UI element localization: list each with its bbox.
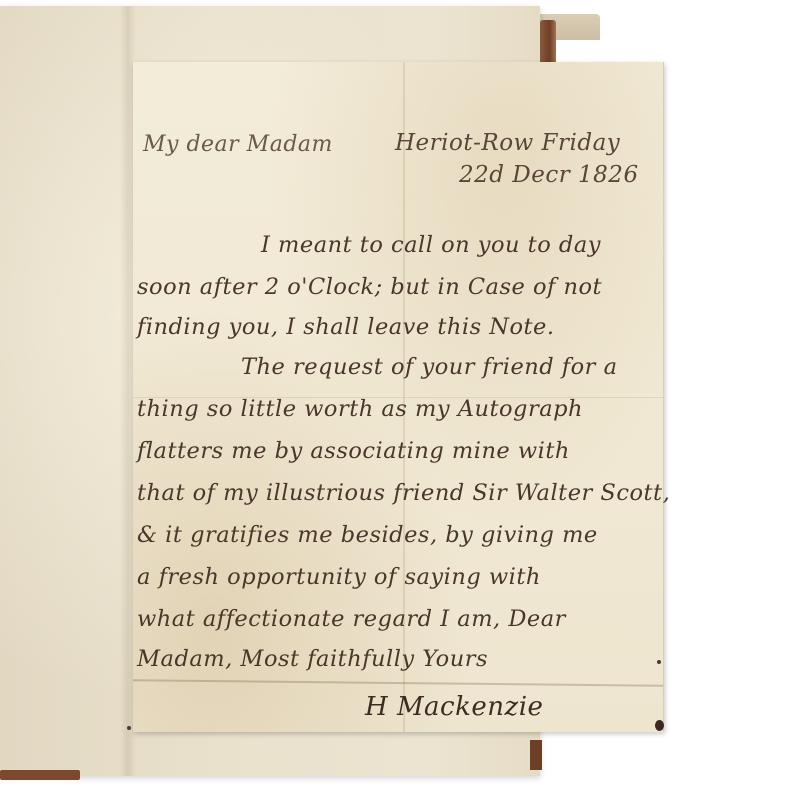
letter-line: that of my illustrious friend Sir Walter… <box>137 480 670 506</box>
letter-signature: H Mackenzie <box>365 692 543 722</box>
letter-place-day: Heriot-Row Friday <box>395 130 620 156</box>
letter-salutation: My dear Madam <box>143 132 333 157</box>
letter-line: The request of your friend for a <box>241 354 618 380</box>
letter-underlying-edge <box>133 679 663 687</box>
letter-line: soon after 2 o'Clock; but in Case of not <box>137 274 602 300</box>
letter-date: 22d Decr 1826 <box>459 162 639 188</box>
photo-stage: My dear Madam Heriot-Row Friday 22d Decr… <box>0 0 800 800</box>
ink-blot <box>655 720 664 731</box>
letter-line: finding you, I shall leave this Note. <box>137 314 555 340</box>
book-cover-bottom <box>0 770 80 780</box>
letter-line: I meant to call on you to day <box>261 232 601 258</box>
letter-line: flatters me by associating mine with <box>137 438 570 464</box>
book-cover-corner <box>530 740 542 770</box>
letter-line: a fresh opportunity of saying with <box>137 564 541 590</box>
letter-line: what affectionate regard I am, Dear <box>137 606 566 632</box>
ink-dot <box>657 660 661 664</box>
letter-line: Madam, Most faithfully Yours <box>137 646 488 672</box>
letter-line: & it gratifies me besides, by giving me <box>137 522 598 548</box>
letter-line: thing so little worth as my Autograph <box>137 396 583 422</box>
letter-sheet: My dear Madam Heriot-Row Friday 22d Decr… <box>133 62 664 732</box>
ink-dot <box>127 726 131 730</box>
